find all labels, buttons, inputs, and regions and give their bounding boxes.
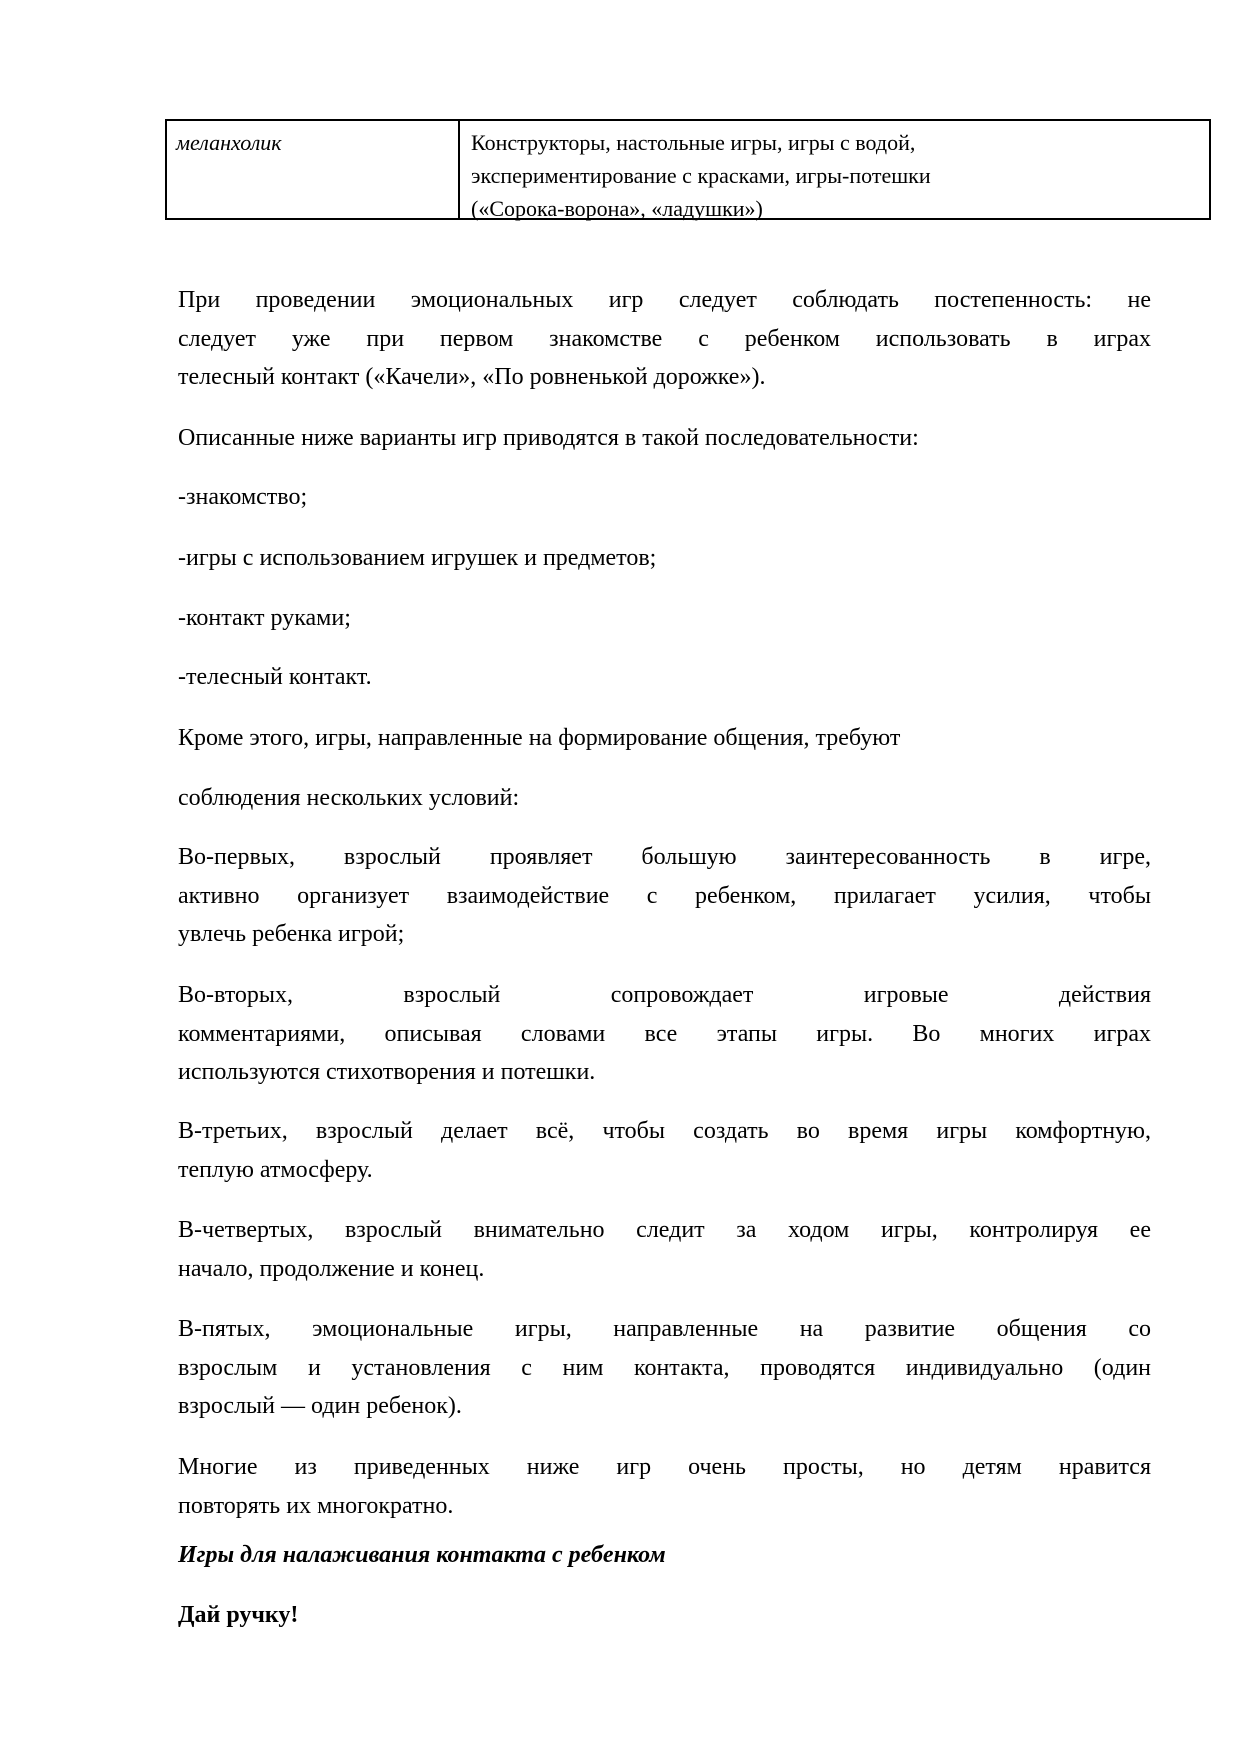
document-page: меланхолик Конструкторы, настольные игры… — [0, 0, 1240, 1754]
text-line: В-третьих, взрослый делает всё, чтобы со… — [178, 1112, 1151, 1151]
sequence-item: -телесный контакт. — [178, 658, 1151, 697]
text-line: В-пятых, эмоциональные игры, направленны… — [178, 1310, 1151, 1349]
text-line: комментариями, описывая словами все этап… — [178, 1015, 1151, 1054]
text-line: соблюдения нескольких условий: — [178, 779, 1151, 818]
text-line: теплую атмосферу. — [178, 1151, 1151, 1190]
paragraph-sequence-intro: Описанные ниже варианты игр приводятся в… — [178, 419, 1151, 458]
text-line: -знакомство; — [178, 478, 1151, 517]
games-cell: Конструкторы, настольные игры, игры с во… — [460, 121, 1209, 218]
paragraph-gradualness: При проведении эмоциональных игр следует… — [178, 281, 1151, 397]
text-line: При проведении эмоциональных игр следует… — [178, 281, 1151, 320]
text-line: начало, продолжение и конец. — [178, 1250, 1151, 1289]
text-line: следует уже при первом знакомстве с ребе… — [178, 320, 1151, 359]
sequence-item: -знакомство; — [178, 478, 1151, 517]
paragraph-first-condition: Во-первых, взрослый проявляет большую за… — [178, 838, 1151, 954]
text-line: взрослым и установления с ним контакта, … — [178, 1349, 1151, 1388]
text-line: телесный контакт («Качели», «По ровненьк… — [178, 358, 1151, 397]
temperament-table-row: меланхолик Конструкторы, настольные игры… — [165, 119, 1211, 220]
paragraph-conditions-intro: Кроме этого, игры, направленные на форми… — [178, 719, 1151, 758]
text-line: Многие из приведенных ниже игр очень про… — [178, 1448, 1151, 1487]
games-line: Конструкторы, настольные игры, игры с во… — [471, 126, 1209, 159]
text-line: В-четвертых, взрослый внимательно следит… — [178, 1211, 1151, 1250]
text-line: Кроме этого, игры, направленные на форми… — [178, 719, 1151, 758]
sequence-item: -контакт руками; — [178, 599, 1151, 638]
game-title: Дай ручку! — [178, 1600, 298, 1630]
text-line: используются стихотворения и потешки. — [178, 1053, 1151, 1092]
paragraph-conditions-intro-cont: соблюдения нескольких условий: — [178, 779, 1151, 818]
text-line: увлечь ребенка игрой; — [178, 915, 1151, 954]
sequence-item: -игры с использованием игрушек и предмет… — [178, 539, 1151, 578]
paragraph-second-condition: Во-вторых, взрослый сопровождает игровые… — [178, 976, 1151, 1092]
temperament-label: меланхолик — [176, 130, 282, 155]
text-line: Во-вторых, взрослый сопровождает игровые… — [178, 976, 1151, 1015]
text-line: повторять их многократно. — [178, 1487, 1151, 1526]
text-line: -телесный контакт. — [178, 658, 1151, 697]
temperament-cell: меланхолик — [167, 121, 460, 218]
games-line: экспериментирование с красками, игры-пот… — [471, 159, 1209, 192]
section-heading: Игры для налаживания контакта с ребенком — [178, 1540, 666, 1570]
text-line: активно организует взаимодействие с ребе… — [178, 877, 1151, 916]
text-line: Описанные ниже варианты игр приводятся в… — [178, 419, 1151, 458]
paragraph-third-condition: В-третьих, взрослый делает всё, чтобы со… — [178, 1112, 1151, 1189]
text-line: взрослый — один ребенок). — [178, 1387, 1151, 1426]
paragraph-fifth-condition: В-пятых, эмоциональные игры, направленны… — [178, 1310, 1151, 1426]
paragraph-fourth-condition: В-четвертых, взрослый внимательно следит… — [178, 1211, 1151, 1288]
text-line: -контакт руками; — [178, 599, 1151, 638]
paragraph-many-games: Многие из приведенных ниже игр очень про… — [178, 1448, 1151, 1525]
games-line: («Сорока-ворона», «ладушки») — [471, 192, 1209, 225]
text-line: Во-первых, взрослый проявляет большую за… — [178, 838, 1151, 877]
text-line: -игры с использованием игрушек и предмет… — [178, 539, 1151, 578]
